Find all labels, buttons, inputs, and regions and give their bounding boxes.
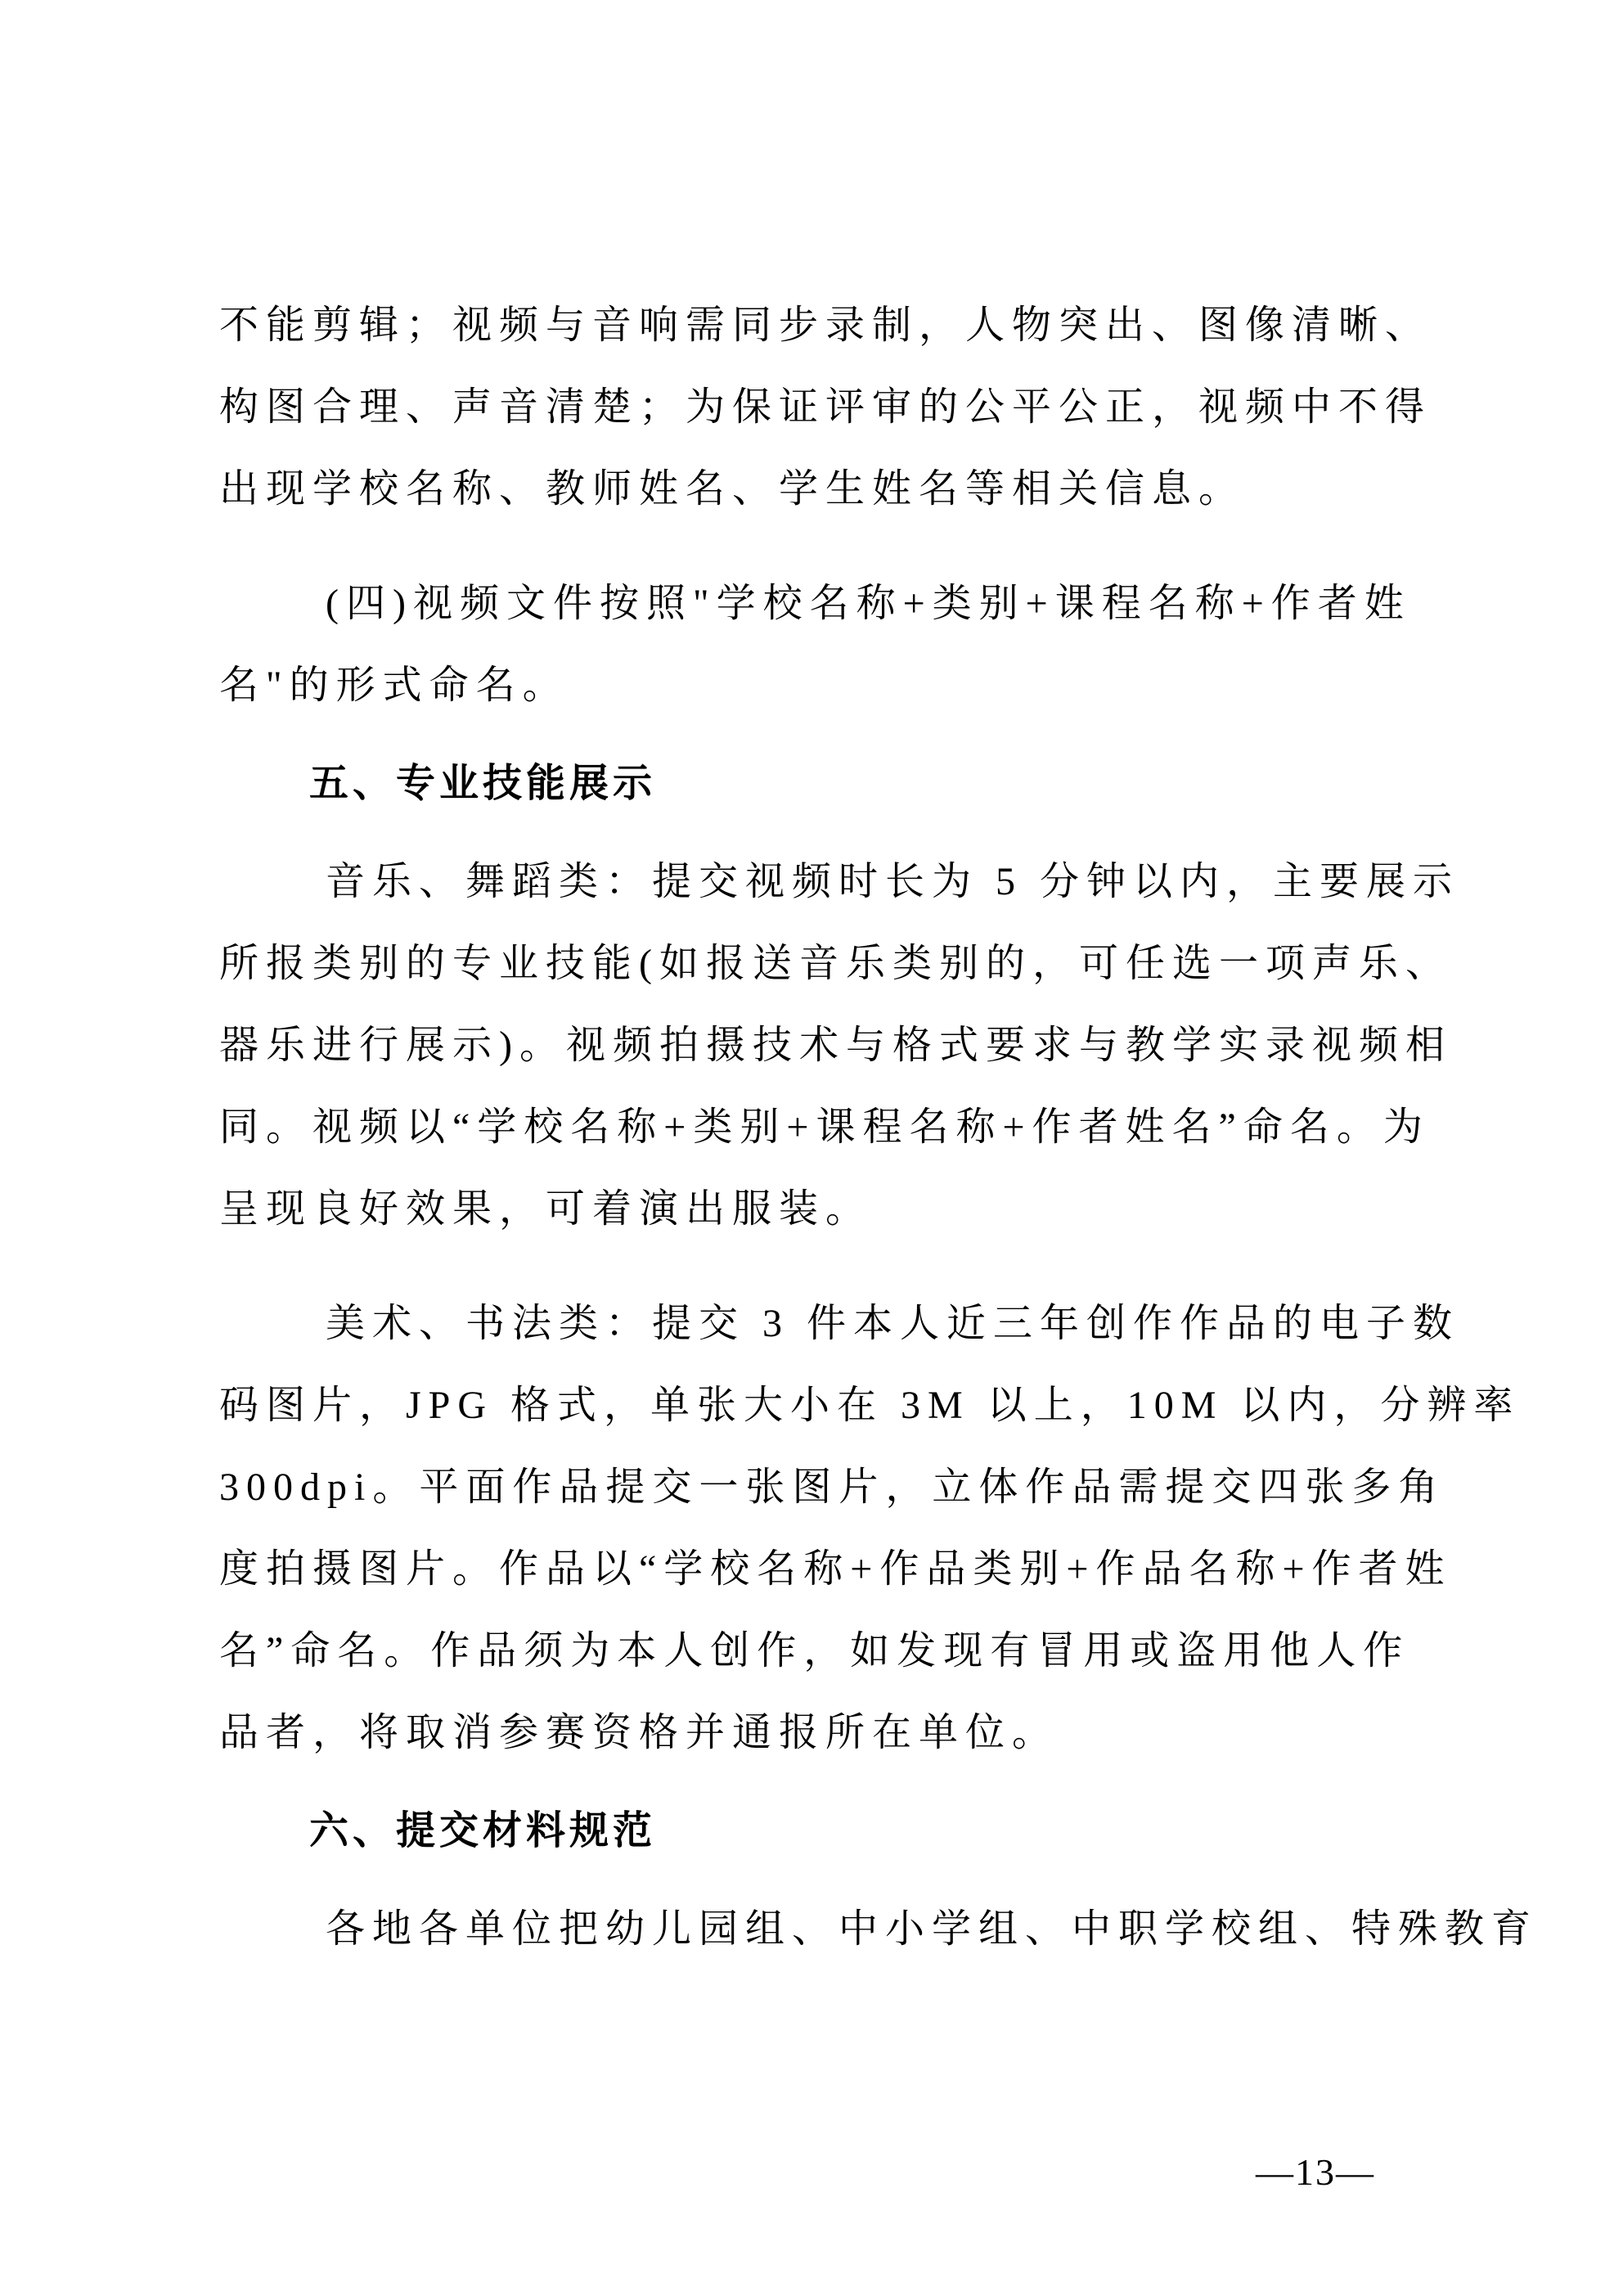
text-line: 不能剪辑；视频与音响需同步录制，人物突出、图像清晰、 [219,285,1433,367]
text-line: 名"的形式命名。 [219,645,1433,727]
text-line: 出现学校名称、教师姓名、学生姓名等相关信息。 [219,448,1433,530]
text-line: 所报类别的专业技能(如报送音乐类别的，可任选一项声乐、 [219,923,1433,1005]
section-heading: 六、提交材料规范 [219,1790,1433,1872]
text-line: 六、提交材料规范 [219,1790,1433,1872]
text-line: 构图合理、声音清楚；为保证评审的公平公正，视频中不得 [219,367,1433,448]
page-number: —13— [1256,2150,1375,2194]
section-heading: 五、专业技能展示 [219,743,1433,825]
text-line: 同。视频以“学校名称+类别+课程名称+作者姓名”命名。为 [219,1087,1433,1168]
paragraph: 各地各单位把幼儿园组、中小学组、中职学校组、特殊教育 [219,1889,1433,1970]
text-line: 美术、书法类：提交 3 件本人近三年创作作品的电子数 [219,1283,1433,1365]
text-line: 品者，将取消参赛资格并通报所在单位。 [219,1692,1433,1774]
text-line: 五、专业技能展示 [219,743,1433,825]
document-page: 不能剪辑；视频与音响需同步录制，人物突出、图像清晰、构图合理、声音清楚；为保证评… [0,0,1623,2296]
paragraph: 音乐、舞蹈类：提交视频时长为 5 分钟以内，主要展示所报类别的专业技能(如报送音… [219,841,1433,1250]
text-line: 音乐、舞蹈类：提交视频时长为 5 分钟以内，主要展示 [219,841,1433,923]
paragraph: (四)视频文件按照"学校名称+类别+课程名称+作者姓名"的形式命名。 [219,563,1433,727]
text-line: 码图片，JPG 格式，单张大小在 3M 以上，10M 以内，分辨率 [219,1365,1433,1447]
paragraph: 不能剪辑；视频与音响需同步录制，人物突出、图像清晰、构图合理、声音清楚；为保证评… [219,285,1433,530]
text-line: 300dpi。平面作品提交一张图片，立体作品需提交四张多角 [219,1447,1433,1528]
text-line: 呈现良好效果，可着演出服装。 [219,1168,1433,1250]
text-line: 名”命名。作品须为本人创作，如发现有冒用或盗用他人作 [219,1610,1433,1692]
text-line: 度拍摄图片。作品以“学校名称+作品类别+作品名称+作者姓 [219,1528,1433,1610]
text-line: 器乐进行展示)。视频拍摄技术与格式要求与教学实录视频相 [219,1005,1433,1087]
document-body: 不能剪辑；视频与音响需同步录制，人物突出、图像清晰、构图合理、声音清楚；为保证评… [219,285,1433,1970]
text-line: 各地各单位把幼儿园组、中小学组、中职学校组、特殊教育 [219,1889,1433,1970]
paragraph: 美术、书法类：提交 3 件本人近三年创作作品的电子数码图片，JPG 格式，单张大… [219,1283,1433,1774]
text-line: (四)视频文件按照"学校名称+类别+课程名称+作者姓 [219,563,1433,645]
